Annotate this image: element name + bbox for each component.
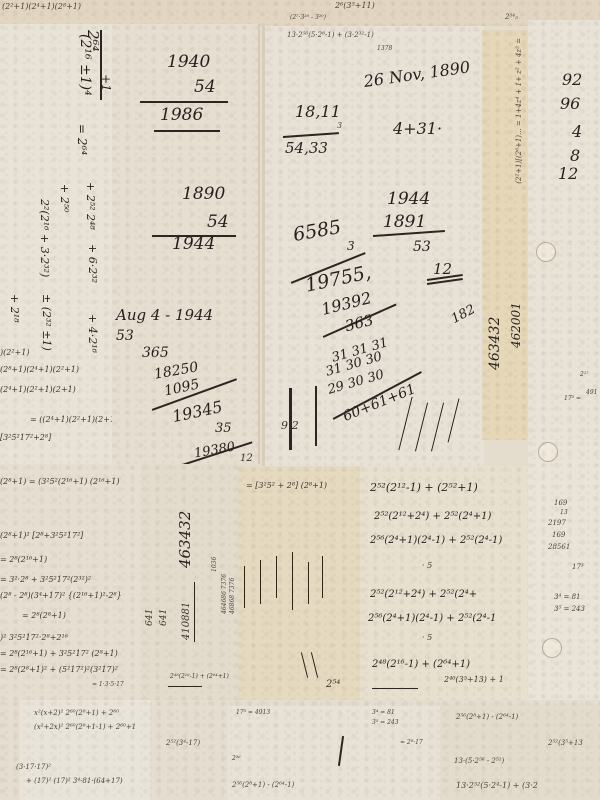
sum2-b: 54	[207, 214, 229, 231]
lower-line-8: = 2⁸(2¹⁶+1) + 3²5²17² (2⁸+1)	[0, 650, 118, 658]
col-12: 12	[558, 166, 578, 182]
page-b-header-formula: 13·2⁵⁶(5·2⁸-1) + (3·2³²-1)	[287, 32, 374, 39]
bottom-a1: x²(x+2)² 2⁶⁰(2⁸+1) + 2⁶⁰	[34, 710, 119, 717]
tally-line	[448, 399, 460, 443]
algebra-line-6: 2⁵⁶(2⁴+1)(2⁴-1) + 2⁵²(2⁴-1	[368, 614, 496, 624]
bottom-c3: 2⁵⁶(2⁸+1) - (2⁶⁴-1)	[232, 782, 294, 789]
tally-line	[322, 556, 323, 598]
lower-line-6: = 2⁸(2⁸+1)	[22, 612, 66, 620]
sum3-1095: 1095	[163, 377, 201, 398]
expr-line8: + 4·2¹⁶	[87, 314, 98, 353]
right-edge-lower-scrap: 169 13 2197 169 28561 17³ 3⁴ = 81 3⁵ = 2…	[528, 440, 600, 700]
lower-center-scrap: = [3²5² + 2⁸] (2⁸+1) 2⁵⁴	[238, 466, 360, 700]
bottom-b2: + (17)² (17)² 3⁴·81·(64+17)	[26, 778, 123, 785]
calc3-6585: 6585	[292, 218, 343, 245]
bottom-a2: (x²+2x)² 2⁶⁰(2⁸+1-1) + 2⁶⁰+1	[34, 724, 136, 731]
left-formula-scrap: 2⁶⁴ +1 (2¹⁶ ±1)⁴ = 2⁶⁴ + 2⁵² 2⁴⁸ + 2⁵⁰ 2…	[0, 24, 112, 464]
calc3-3: 3	[347, 240, 355, 252]
top-strip-mid-formula: 2⁶(3⁵+11)	[335, 2, 375, 10]
product-line-1: )(2²+1)	[0, 349, 29, 357]
bottom-d3: = 2⁸·17	[400, 740, 423, 746]
tally-block-large	[238, 552, 338, 612]
algebra-line-4: · 5	[422, 562, 432, 570]
top-strip-left-formula: (2²+1)(2⁴+1)(2⁸+1)	[2, 3, 81, 11]
stack-410881: 410881	[182, 602, 192, 640]
bottom-strip-scrap: x²(x+2)² 2⁶⁰(2⁸+1) + 2⁶⁰ (x²+2x)² 2⁶⁰(2⁸…	[0, 700, 600, 800]
lower-line-4: = 3²·2⁸ + 3²5²17²(2³²)²	[0, 576, 91, 584]
bottom-a3: 2⁵²(3⁴-17)	[166, 740, 200, 747]
expr-line5: + 6·2³²	[87, 244, 98, 283]
stack-2197: 2197	[548, 520, 566, 527]
bottom-d2: 3⁵ = 243	[372, 720, 399, 726]
small-vertical-1: 1036	[212, 557, 218, 572]
calc3-363: 363	[344, 313, 375, 334]
tally-line	[415, 403, 428, 452]
mark-2-54: 2⁵⁴	[326, 680, 340, 690]
vertical-463432: 463432	[178, 511, 193, 568]
expr-line2: + 2⁵² 2⁴⁸	[85, 182, 96, 230]
tally-line	[260, 560, 261, 604]
col-96: 96	[560, 96, 580, 112]
product-line-4: = ((2⁴+1)(2²+1)(2+1)	[30, 416, 112, 424]
sum3-19380: 19380	[193, 441, 236, 461]
bottom-e1: 2⁵⁶(2⁸+1) - (2⁶⁴-1)	[456, 714, 518, 721]
far-right-491: 491	[586, 390, 597, 396]
lower-line-2: (2⁸+1)² [2⁸+3²5²17²]	[0, 532, 83, 540]
side-182: 182	[449, 303, 477, 326]
left-rotated-block: 2⁶⁴ +1 (2¹⁶ ±1)⁴ = 2⁶⁴ + 2⁵² 2⁴⁸ + 2⁵⁰ 2…	[0, 24, 112, 354]
algebra-underline	[372, 688, 418, 689]
bottom-e3: 13·2⁵²(5·2⁴-1) + (3·2	[456, 782, 538, 790]
punch-hole	[536, 242, 556, 262]
eq-3-5: 3⁵ = 243	[554, 606, 585, 613]
sum2-a: 1890	[182, 186, 225, 203]
far-right-2-17: 2¹⁷	[580, 372, 589, 378]
lower-mid-expr-bottom: 2⁴⁸(2¹⁶-1) + (2⁶⁴+1)	[170, 674, 229, 680]
right-strip-formulas: (2²+1)[(2⁸+1)... = 1+4z⁴ + 1+ z² + 4z² =	[516, 38, 523, 184]
sum4-1891: 1891	[383, 214, 426, 231]
bottom-e2: 13·(5·2⁵⁶ - 2⁵²)	[454, 758, 504, 765]
power-17-cubed: 17³	[572, 564, 584, 571]
calc1-rule	[283, 132, 339, 137]
date-26-nov: 26 Nov, 1890	[363, 59, 471, 90]
algebra-line-3: 2⁵⁶(2⁴+1)(2⁴-1) + 2⁵²(2⁴-1)	[370, 536, 502, 546]
lower-left-scrap: (2⁸+1) = (3²5²(2¹⁶+1) (2¹⁶+1) (2⁸+1)² [2…	[0, 464, 142, 700]
sum1-b: 54	[194, 79, 216, 96]
sum1-a: 1940	[167, 54, 210, 71]
lower-line-1: (2⁸+1) = (3²5²(2¹⁶+1) (2¹⁶+1)	[0, 478, 119, 486]
product-line-2: (2⁸+1)(2⁴+1)(2²+1)	[0, 366, 79, 374]
calc1-result: 54,33	[285, 141, 328, 156]
punch-hole	[542, 638, 562, 658]
sum1-rule	[140, 101, 228, 103]
calc2: 4+31·	[393, 121, 442, 137]
tally-line	[398, 397, 412, 451]
pencil-stroke-2	[315, 386, 317, 446]
far-right-17-cubed: 17³ =	[564, 396, 581, 402]
lower-mid-underline	[168, 686, 202, 687]
fraction-bar	[100, 30, 102, 100]
date-aug: Aug 4 - 1944	[116, 308, 213, 323]
algebra-line-8: 2⁴⁸(2¹⁶-1) + (2⁶⁴+1)	[372, 660, 470, 670]
stack-169: 169	[554, 500, 567, 507]
pencil-mark: 9|2	[281, 420, 299, 431]
page-b-header-sub: 1378	[377, 46, 392, 52]
tally-line	[276, 556, 277, 598]
calc1-a: 18,11	[295, 104, 341, 120]
bottom-b1: (3·17·17)²	[16, 764, 51, 771]
col-4: 4	[572, 124, 582, 140]
tally-line	[292, 552, 293, 610]
expr-line4: 2²(2¹⁶ + 3·2³²)	[39, 199, 50, 277]
big-number-462001: 462001	[510, 302, 522, 348]
sum4-1944: 1944	[387, 191, 430, 208]
eq-3-4: 3⁴ = 81	[554, 594, 580, 601]
big-number-463432: 463432	[488, 317, 502, 370]
stack-641-b: 641	[160, 609, 169, 626]
stack-169b: 169	[552, 532, 565, 539]
bottom-c2: 2⁵⁶	[232, 756, 241, 762]
bottom-d1: 3⁴ = 81	[372, 710, 395, 716]
lower-right-scrap: 2⁵²(2¹²-1) + (2⁵²+1) 2⁵²(2¹²+2⁴) + 2⁵²(2…	[360, 466, 528, 700]
algebra-line-2: 2⁵²(2¹²+2⁴) + 2⁵²(2⁴+1)	[374, 512, 491, 522]
far-right-scrap: 92 96 4 8 12 2¹⁷ 17³ = 491	[528, 20, 600, 460]
date-sub: 53	[116, 329, 134, 343]
expr-line6: ± (2³² ±1)	[41, 294, 52, 351]
stack-13: 13	[560, 510, 568, 516]
tally-columns	[395, 396, 465, 456]
sum3-35: 35	[215, 422, 232, 435]
algebra-line-7: · 5	[422, 634, 432, 642]
tally-line	[308, 562, 309, 604]
punch-hole	[538, 442, 558, 462]
expr-equals: = 2⁶⁴	[76, 124, 88, 155]
sum1-rule2	[154, 130, 220, 132]
algebra-line-5: 2⁵²(2¹²+2⁴) + 2⁵²(2⁴+	[370, 590, 477, 600]
tally-line	[311, 652, 318, 677]
sum4-53: 53	[413, 240, 431, 254]
bottom-e4: 2⁵²(3⁵+13	[548, 740, 583, 747]
sum3-365: 365	[142, 346, 169, 360]
sum2-result: 1944	[172, 236, 215, 253]
page-b-scrap: 13·2⁵⁶(5·2⁸-1) + (3·2³²-1) 1378 26 Nov, …	[262, 26, 484, 466]
top-strip-right-formula: 2⁵⁴₅	[505, 14, 518, 21]
bottom-c1: 17³ = 4913	[236, 710, 270, 716]
small-vertical-3: 46868 7376	[230, 578, 236, 614]
algebra-line-1: 2⁵²(2¹²-1) + (2⁵²+1)	[370, 482, 478, 493]
tally-line	[244, 566, 245, 608]
product-line-5: [3²5²17²+2⁸]	[0, 434, 51, 442]
small-vertical-2: 464686 7376	[222, 574, 228, 614]
tally-line	[301, 652, 308, 677]
lower-line-9: = 2⁸(2⁸+1)² + (5²17²)²(3²17)²	[0, 666, 118, 674]
lower-line-5: (2⁸ - 2⁸)(3⁴+17)² {(2¹⁶+1)²-2⁸}	[0, 592, 122, 600]
lower-line-10: = 1·3·5·17	[92, 682, 124, 688]
col-8: 8	[570, 148, 580, 164]
tally-block-small	[290, 652, 326, 678]
calc1-b: 3	[337, 122, 342, 130]
stack-641-a: 641	[146, 609, 155, 626]
page-a-scrap: 1940 54 1986 1890 54 1944 Aug 4 - 1944 5…	[112, 24, 260, 464]
stack-divider	[194, 582, 195, 642]
right-tan-strip: (2²+1)[(2⁸+1)... = 1+4z⁴ + 1+ z² + 4z² =…	[482, 30, 528, 440]
expr-line7: + 2¹⁸	[9, 294, 20, 323]
lower-line-7: )² 3²5²17²·2⁸+2¹⁶	[0, 634, 68, 642]
lower-center-expr: = [3²5² + 2⁸] (2⁸+1)	[246, 482, 327, 490]
stack-28561: 28561	[548, 544, 570, 551]
algebra-line-9: 2⁴⁰(3⁵+13) + 1	[444, 676, 504, 684]
lower-mid-scrap: 463432 641 641 410881 1036 464686 7376 4…	[142, 464, 238, 700]
top-strip-mid2-formula: (2⁷·3²⁰ - 3²⁰)	[290, 15, 326, 21]
sum3-12: 12	[240, 454, 253, 464]
sum1-result: 1986	[160, 107, 203, 124]
col-92: 92	[562, 72, 582, 88]
lower-line-3: = 2⁸(2¹⁶+1)	[0, 556, 47, 564]
top-strip-scrap: (2²+1)(2⁴+1)(2⁸+1) 2⁶(3⁵+11) (2⁷·3²⁰ - 3…	[0, 0, 600, 26]
expr-plus-1: +1	[100, 74, 112, 92]
product-line-3: (2⁴+1)(2²+1)(2+1)	[0, 386, 76, 394]
expr-paren: (2¹⁶ ±1)⁴	[78, 34, 92, 96]
expr-line3: + 2⁵⁰	[59, 184, 70, 213]
tally-line	[431, 403, 444, 452]
